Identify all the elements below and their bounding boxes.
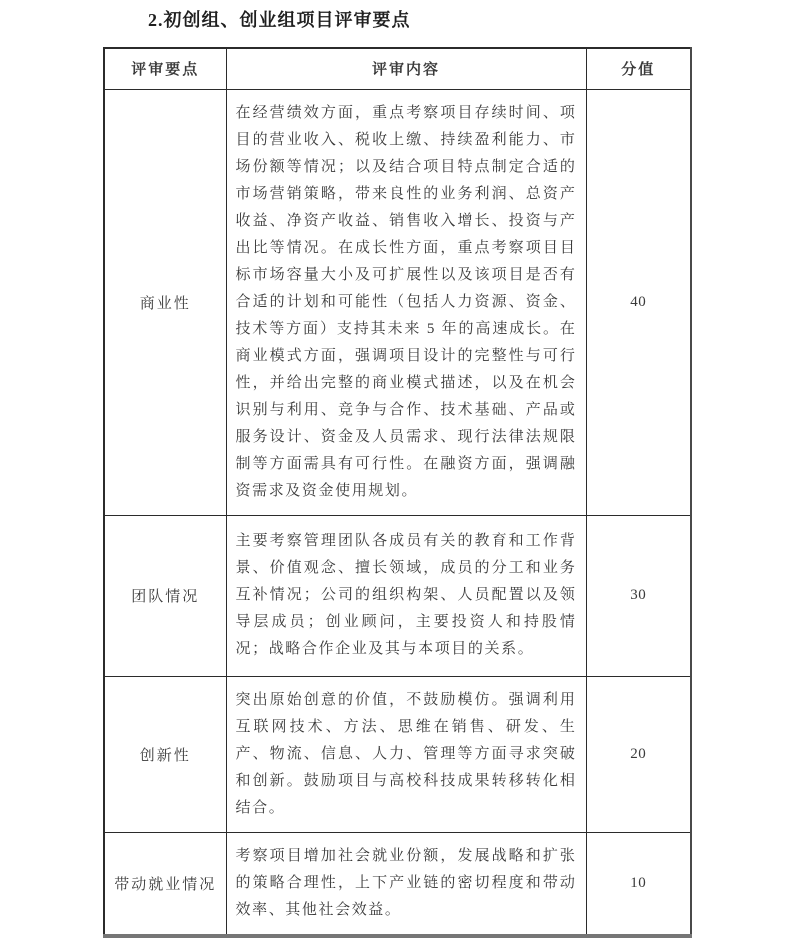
review-content-text: 突出原始创意的价值，不鼓励模仿。强调利用互联网技术、方法、思维在销售、研发、生产… — [226, 676, 586, 832]
review-content-text: 主要考察管理团队各成员有关的教育和工作背景、价值观念、擅长领域，成员的分工和业务… — [226, 515, 586, 676]
table-row: 团队情况 主要考察管理团队各成员有关的教育和工作背景、价值观念、擅长领域，成员的… — [104, 515, 691, 676]
table-header-row: 评审要点 评审内容 分值 — [104, 48, 691, 89]
review-point-label: 商业性 — [104, 89, 226, 515]
table-row: 商业性 在经营绩效方面，重点考察项目存续时间、项目的营业收入、税收上缴、持续盈利… — [104, 89, 691, 515]
table-row: 带动就业情况 考察项目增加社会就业份额，发展战略和扩张的策略合理性，上下产业链的… — [104, 832, 691, 936]
table-row: 创新性 突出原始创意的价值，不鼓励模仿。强调利用互联网技术、方法、思维在销售、研… — [104, 676, 691, 832]
score-value: 10 — [586, 832, 691, 936]
column-header-review-point: 评审要点 — [104, 48, 226, 89]
review-point-label: 团队情况 — [104, 515, 226, 676]
column-header-score: 分值 — [586, 48, 691, 89]
review-content-text: 考察项目增加社会就业份额，发展战略和扩张的策略合理性，上下产业链的密切程度和带动… — [226, 832, 586, 936]
review-criteria-table: 评审要点 评审内容 分值 商业性 在经营绩效方面，重点考察项目存续时间、项目的营… — [103, 47, 692, 938]
column-header-review-content: 评审内容 — [226, 48, 586, 89]
review-point-label: 创新性 — [104, 676, 226, 832]
score-value: 30 — [586, 515, 691, 676]
review-content-text: 在经营绩效方面，重点考察项目存续时间、项目的营业收入、税收上缴、持续盈利能力、市… — [226, 89, 586, 515]
page-title: 2.初创组、创业组项目评审要点 — [148, 6, 411, 32]
review-point-label: 带动就业情况 — [104, 832, 226, 936]
score-value: 20 — [586, 676, 691, 832]
score-value: 40 — [586, 89, 691, 515]
